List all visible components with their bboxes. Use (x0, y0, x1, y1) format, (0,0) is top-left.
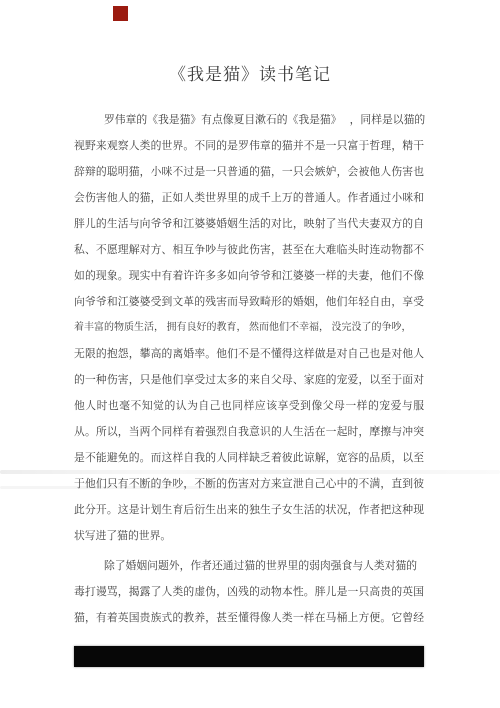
red-marker-square (113, 6, 128, 21)
document-page: 《我是猫》读书笔记 罗伟章的《我是猫》有点像夏目漱石的《我是猫》 ，同样是以猫的… (0, 0, 500, 708)
text-line: 是不能避免的。而这样自我的人同样缺乏着彼此谅解，宽容的品质，以至 (74, 445, 424, 471)
paragraph-2: 除了婚姻问题外，作者还通过猫的世界里的弱肉强食与人类对猫的 毒打谩骂，揭露了人类… (74, 553, 424, 631)
text-line: 胖儿的生活与向爷爷和江婆婆婚姻生活的对比，映射了当代夫妻双方的自 (74, 211, 424, 237)
text-line: 罗伟章的《我是猫》有点像夏目漱石的《我是猫》 ，同样是以猫的 (74, 107, 424, 133)
text-line: 会伤害他人的猫，正如人类世界里的成千上万的普通人。作者通过小咪和 (74, 185, 424, 211)
text-line: 视野来观察人类的世界。不同的是罗伟章的猫并不是一只富于哲理，精干 (74, 133, 424, 159)
text-line: 私、不愿理解对方、相互争吵与彼此伤害，甚至在大难临头时连动物都不 (74, 237, 424, 263)
scan-artifact-streak (0, 486, 290, 489)
text-line: 辞辩的聪明猫，小咪不过是一只普通的猫，一只会嫉妒，会被他人伤害也 (74, 159, 424, 185)
text-line: 的一种伤害，只是他们享受过太多的来自父母、家庭的宠爱，以至于面对 (74, 367, 424, 393)
text-line: 状写进了猫的世界。 (74, 523, 424, 549)
text-line: 他人时也毫不知觉的认为自己也同样应该享受到像父母一样的宠爱与服 (74, 393, 424, 419)
text-line: 着丰富的物质生活， 拥有良好的教育， 然而他们不幸福， 没完没了的争吵， (74, 315, 424, 341)
text-line: 无限的抱怨，攀高的离婚率。他们不是不懂得这样做是对自己也是对他人 (74, 341, 424, 367)
redacted-bar (74, 646, 424, 667)
text-line: 除了婚姻问题外，作者还通过猫的世界里的弱肉强食与人类对猫的 (74, 553, 424, 579)
page-title: 《我是猫》读书笔记 (0, 60, 500, 85)
text-line: 于他们只有不断的争吵，不断的伤害对方来宣泄自己心中的不满，直到彼 (74, 471, 424, 497)
text-line: 向爷爷和江婆婆受到文革的残害而导致畸形的婚姻，他们年轻自由，享受 (74, 289, 424, 315)
document-body: 罗伟章的《我是猫》有点像夏目漱石的《我是猫》 ，同样是以猫的 视野来观察人类的世… (74, 107, 424, 631)
text-line: 此分开。这是计划生育后衍生出来的独生子女生活的状况，作者把这种现 (74, 497, 424, 523)
text-line: 如的现象。现实中有着许许多多如向爷爷和江婆婆一样的夫妻，他们不像 (74, 263, 424, 289)
text-line: 毒打谩骂，揭露了人类的虚伪，凶残的动物本性。胖儿是一只高贵的英国 (74, 579, 424, 605)
text-line: 猫，有着英国贵族式的教养，甚至懂得像人类一样在马桶上方便。它曾经 (74, 605, 424, 631)
paragraph-1: 罗伟章的《我是猫》有点像夏目漱石的《我是猫》 ，同样是以猫的 视野来观察人类的世… (74, 107, 424, 549)
text-line: 从。所以，当两个同样有着强烈自我意识的人生活在一起时，摩擦与冲突 (74, 419, 424, 445)
scan-artifact-streak (0, 470, 500, 474)
